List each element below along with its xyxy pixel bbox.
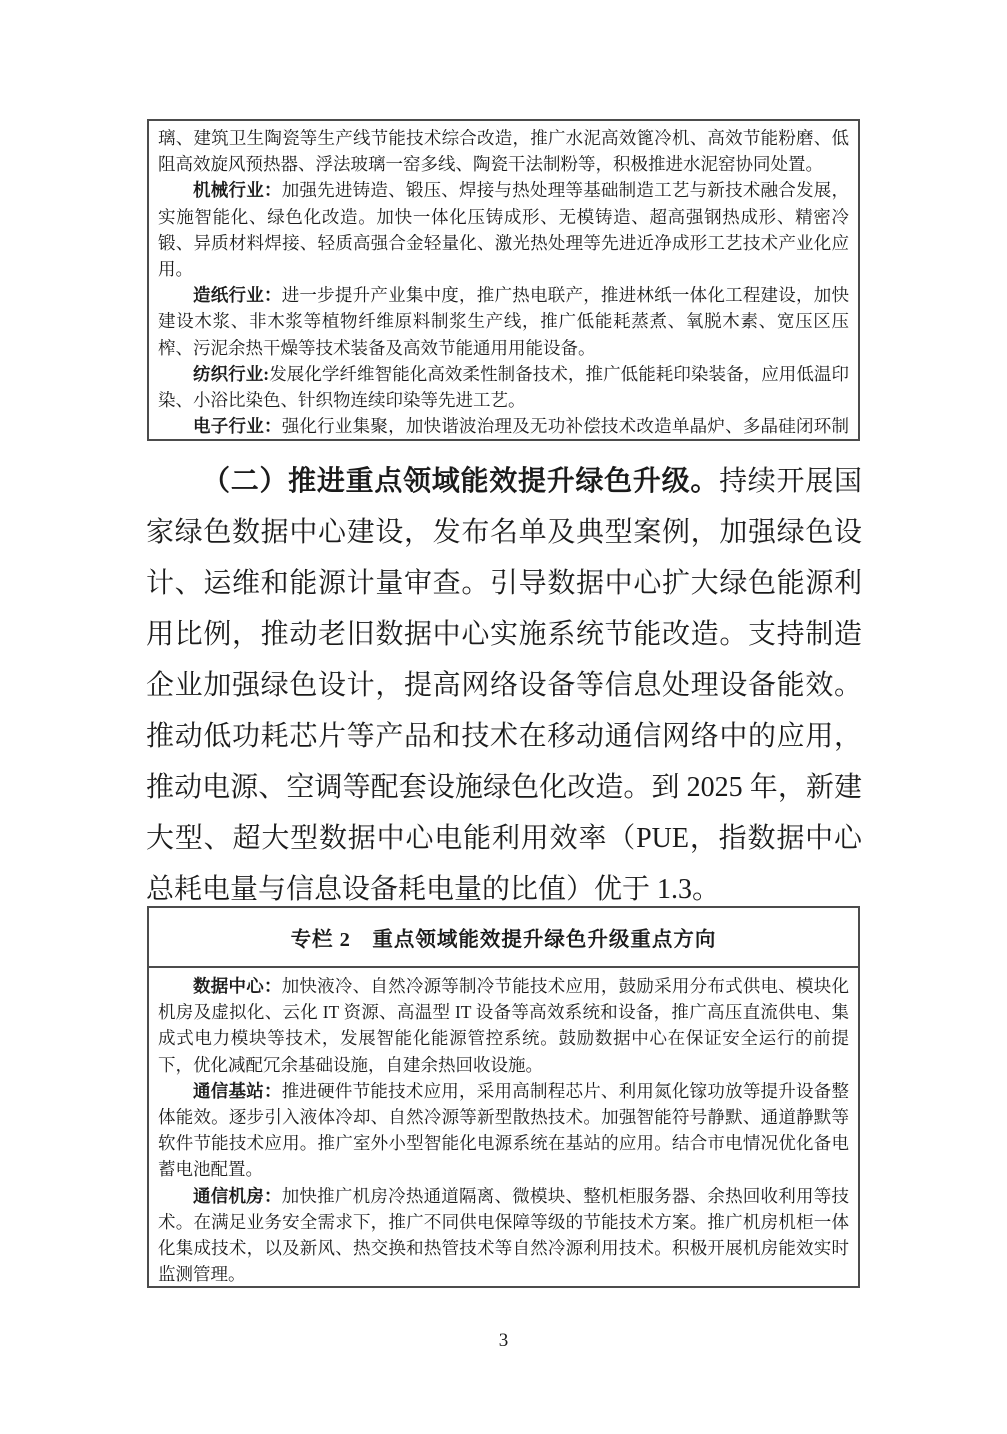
box1-paragraph-continuation: 璃、建筑卫生陶瓷等生产线节能技术综合改造，推广水泥高效篦冷机、高效节能粉磨、低阻… bbox=[158, 125, 849, 177]
box2-paragraph-telecomroom: 通信机房：加快推广机房冷热通道隔离、微模块、整机柜服务器、余热回收利用等技术。在… bbox=[158, 1183, 849, 1288]
industry-measures-box: 璃、建筑卫生陶瓷等生产线节能技术综合改造，推广水泥高效篦冷机、高效节能粉磨、低阻… bbox=[147, 119, 860, 441]
column-2-content: 数据中心：加快液冷、自然冷源等制冷节能技术应用，鼓励采用分布式供电、模块化机房及… bbox=[149, 968, 858, 1288]
box1-paragraph-machinery: 机械行业：加强先进铸造、锻压、焊接与热处理等基础制造工艺与新技术融合发展，实施智… bbox=[158, 177, 849, 282]
box1-paragraph-papermaking: 造纸行业：进一步提升产业集中度，推广热电联产，推进林纸一体化工程建设，加快建设木… bbox=[158, 282, 849, 361]
paragraph-lead: 机械行业： bbox=[193, 180, 282, 200]
box1-paragraph-textile: 纺织行业:发展化学纤维智能化高效柔性制备技术，推广低能耗印染装备，应用低温印染、… bbox=[158, 361, 849, 413]
section-2-text: 持续开展国家绿色数据中心建设，发布名单及典型案例，加强绿色设计、运维和能源计量审… bbox=[146, 466, 862, 905]
box2-paragraph-basestation: 通信基站：推进硬件节能技术应用，采用高制程芯片、利用氮化镓功放等提升设备整体能效… bbox=[158, 1078, 849, 1183]
page-number: 3 bbox=[0, 1330, 1007, 1352]
section-2-body: （二）推进重点领域能效提升绿色升级。持续开展国家绿色数据中心建设，发布名单及典型… bbox=[146, 456, 862, 915]
paragraph-lead: 通信基站： bbox=[193, 1081, 282, 1101]
document-page: 璃、建筑卫生陶瓷等生产线节能技术综合改造，推广水泥高效篦冷机、高效节能粉磨、低阻… bbox=[0, 0, 1007, 1434]
box2-paragraph-datacenter: 数据中心：加快液冷、自然冷源等制冷节能技术应用，鼓励采用分布式供电、模块化机房及… bbox=[158, 973, 849, 1078]
section-2-heading: （二）推进重点领域能效提升绿色升级。 bbox=[202, 466, 719, 497]
paragraph-lead: 电子行业： bbox=[193, 416, 282, 436]
column-2-title: 专栏 2 重点领域能效提升绿色升级重点方向 bbox=[149, 908, 858, 968]
paragraph-lead: 通信机房： bbox=[193, 1186, 282, 1206]
paragraph-lead: 造纸行业： bbox=[193, 285, 282, 305]
box1-paragraph-electronics: 电子行业：强化行业集聚，加快谐波治理及无功补偿技术改造单晶炉、多晶硅闭环制造、先… bbox=[158, 413, 849, 441]
section-2-paragraph: （二）推进重点领域能效提升绿色升级。持续开展国家绿色数据中心建设，发布名单及典型… bbox=[146, 456, 862, 915]
paragraph-lead: 数据中心： bbox=[193, 976, 282, 996]
column-2-box: 专栏 2 重点领域能效提升绿色升级重点方向 数据中心：加快液冷、自然冷源等制冷节… bbox=[147, 906, 860, 1288]
paragraph-text: 璃、建筑卫生陶瓷等生产线节能技术综合改造，推广水泥高效篦冷机、高效节能粉磨、低阻… bbox=[158, 128, 849, 174]
paragraph-lead: 纺织行业: bbox=[193, 364, 269, 384]
